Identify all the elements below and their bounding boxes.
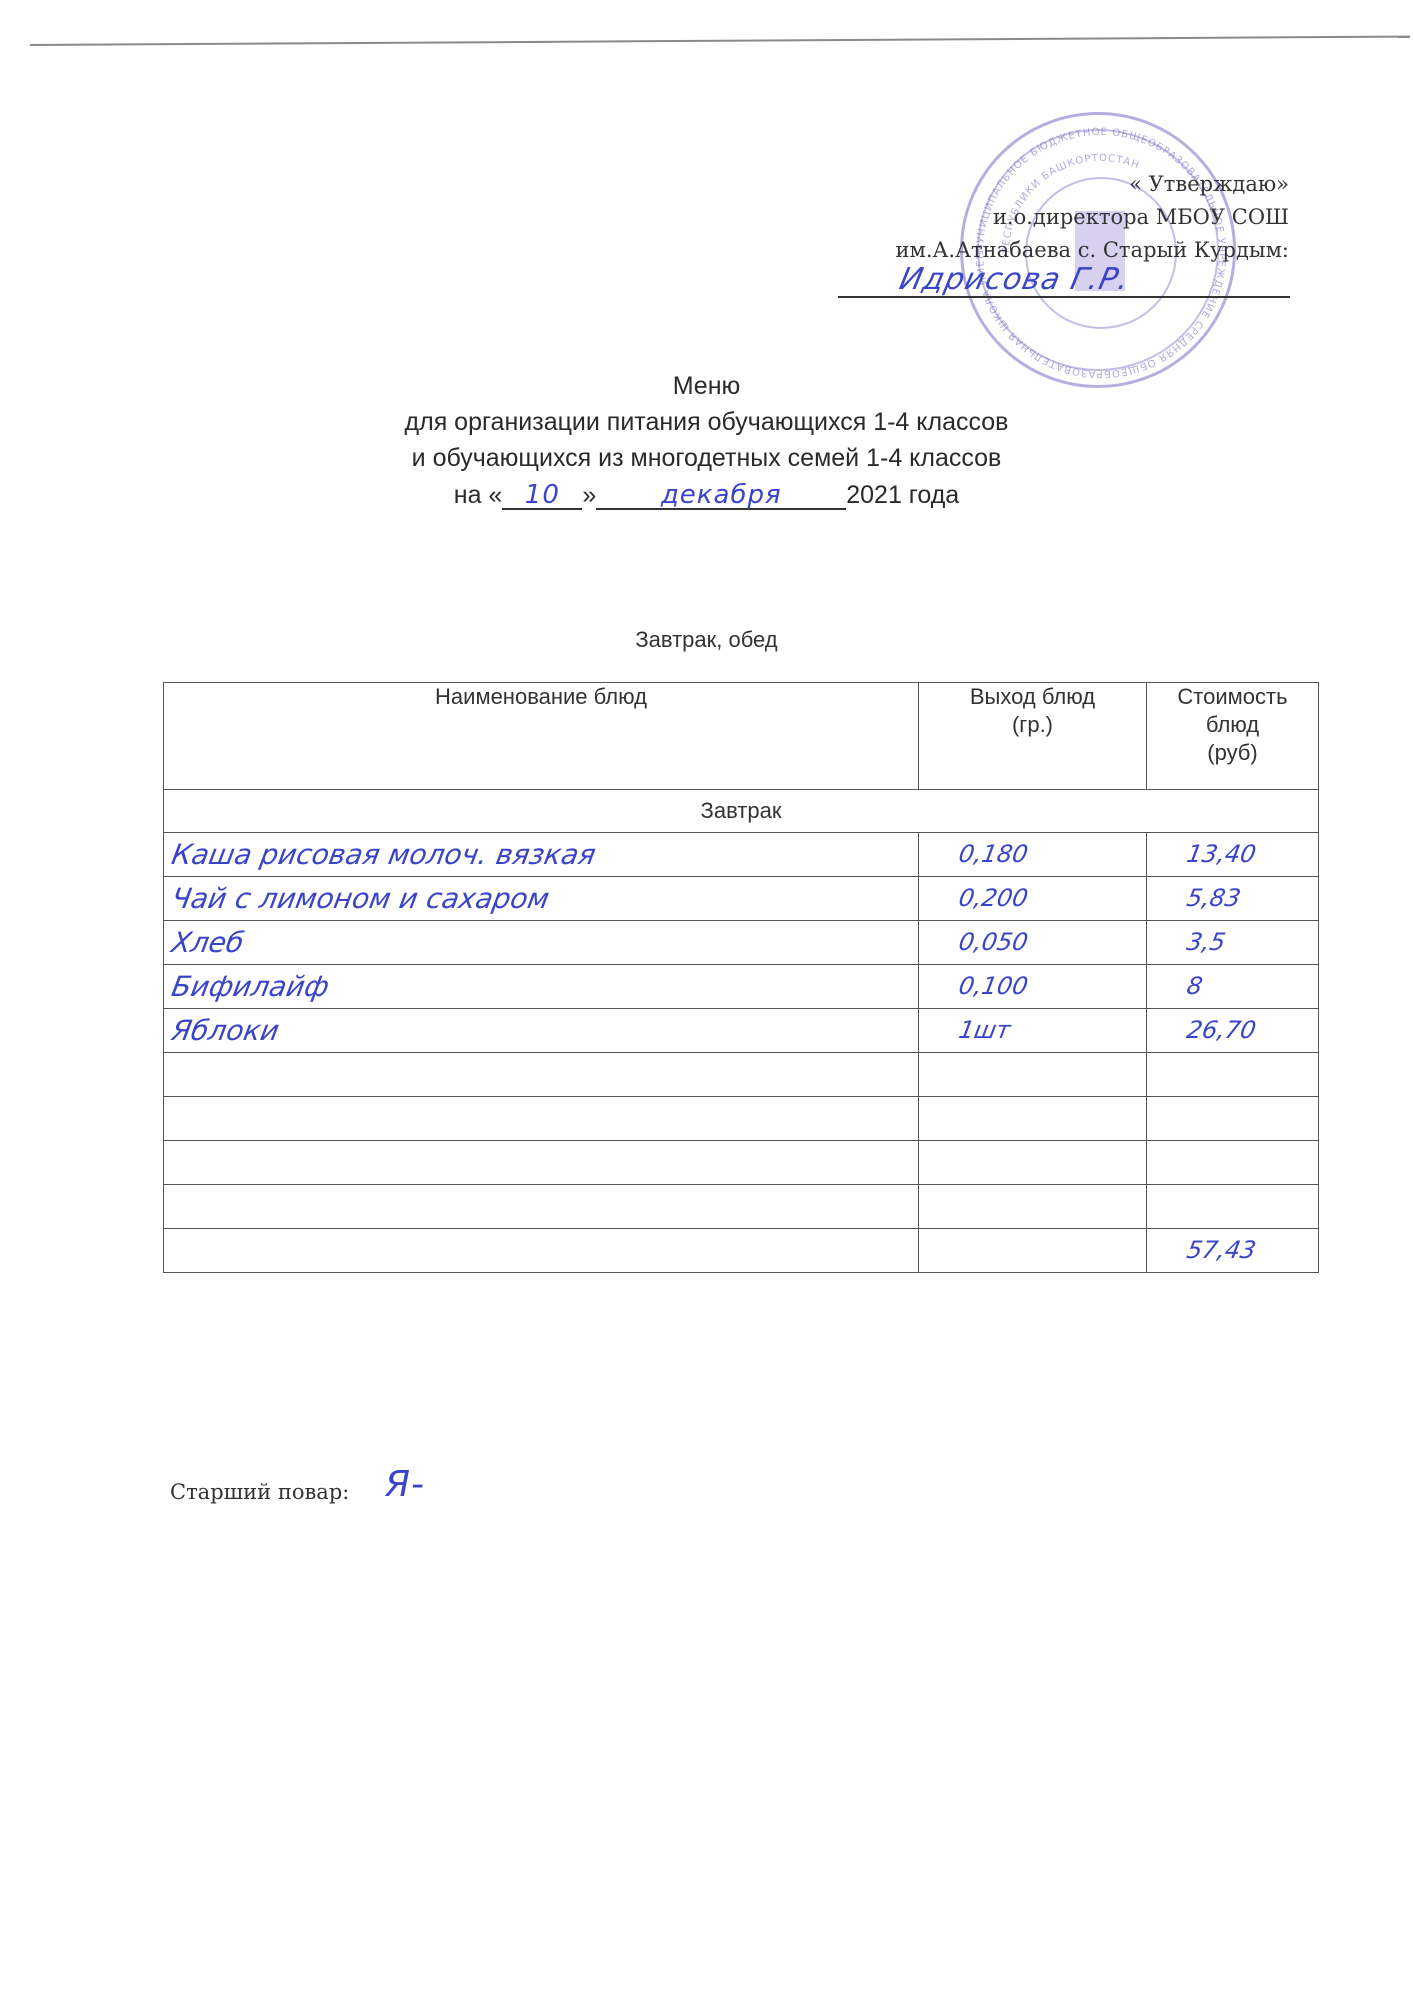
scan-edge-line [30,36,1410,46]
dish-name-cell [164,1141,919,1185]
section-row-breakfast: Завтрак [164,790,1319,833]
cost-cell: 8 [1147,965,1319,1009]
document-subtitle-line2: и обучающихся из многодетных семей 1-4 к… [0,444,1413,473]
cost-cell-text: 8 [1185,972,1205,1000]
dish-name-cell [164,1097,919,1141]
menu-rows: Каша рисовая молоч. вязкая0,18013,40Чай … [164,833,1319,1273]
cost-cell-text: 3,5 [1185,928,1228,956]
document-title: Меню [0,372,1413,401]
table-row [164,1097,1319,1141]
cook-signature: Я- [385,1464,425,1505]
approval-heading: « Утверждаю» [896,168,1289,201]
yield-cell: 0,180 [919,833,1147,877]
document-subtitle-line1: для организации питания обучающихся 1-4 … [0,408,1413,437]
cost-cell-text: 57,43 [1185,1236,1259,1264]
cost-cell-text: 26,70 [1185,1016,1259,1044]
date-month-field: декабря [596,480,846,510]
table-row: Яблоки1шт26,70 [164,1009,1319,1053]
dish-name-cell-text: Хлеб [169,926,246,959]
cost-cell: 3,5 [1147,921,1319,965]
yield-cell-text: 0,200 [957,884,1031,912]
dish-name-cell [164,1229,919,1273]
yield-cell [919,1185,1147,1229]
director-signature: Идрисова Г.Р. [896,262,1133,297]
yield-cell: 1шт [919,1009,1147,1053]
table-row: Каша рисовая молоч. вязкая0,18013,40 [164,833,1319,877]
date-day-field: 10 [502,480,582,510]
table-row: Хлеб0,0503,5 [164,921,1319,965]
cost-cell-text: 5,83 [1185,884,1243,912]
yield-cell-text: 0,100 [957,972,1031,1000]
dish-name-cell-text: Каша рисовая молоч. вязкая [169,838,598,871]
header-yield: Выход блюд (гр.) [919,683,1147,790]
header-yield-line2: (гр.) [927,711,1138,739]
header-cost-line3: (руб) [1155,739,1310,767]
yield-cell-text: 0,180 [957,840,1031,868]
table-row [164,1053,1319,1097]
yield-cell: 0,050 [919,921,1147,965]
section-label: Завтрак [164,790,1319,833]
header-yield-line1: Выход блюд [927,683,1138,711]
cook-label: Старший повар: [170,1480,349,1504]
dish-name-cell: Чай с лимоном и сахаром [164,877,919,921]
dish-name-cell: Хлеб [164,921,919,965]
dish-name-cell [164,1185,919,1229]
menu-table: Наименование блюд Выход блюд (гр.) Стоим… [163,682,1319,1273]
meals-label: Завтрак, обед [0,627,1413,653]
dish-name-cell-text: Яблоки [169,1014,282,1047]
dish-name-cell-text: Бифилайф [169,970,332,1003]
date-suffix: 2021 года [846,481,959,509]
cost-cell: 26,70 [1147,1009,1319,1053]
approval-block: « Утверждаю» и.о.директора МБОУ СОШ им.А… [896,168,1289,267]
table-row: Бифилайф0,1008 [164,965,1319,1009]
yield-cell [919,1053,1147,1097]
approval-position: и.о.директора МБОУ СОШ [896,201,1289,234]
cost-cell: 13,40 [1147,833,1319,877]
dish-name-cell: Яблоки [164,1009,919,1053]
cost-cell [1147,1053,1319,1097]
document-date: на «10»декабря2021 года [0,480,1413,510]
date-month: декабря [661,480,782,510]
cost-cell-text: 13,40 [1185,840,1259,868]
yield-cell [919,1229,1147,1273]
cost-cell [1147,1141,1319,1185]
header-cost: Стоимость блюд (руб) [1147,683,1319,790]
cost-cell: 5,83 [1147,877,1319,921]
date-day: 10 [525,480,560,510]
yield-cell: 0,100 [919,965,1147,1009]
yield-cell: 0,200 [919,877,1147,921]
cost-cell [1147,1097,1319,1141]
yield-cell [919,1141,1147,1185]
dish-name-cell: Бифилайф [164,965,919,1009]
dish-name-cell-text: Чай с лимоном и сахаром [169,882,552,915]
header-dish-name: Наименование блюд [164,683,919,790]
yield-cell-text: 0,050 [957,928,1031,956]
yield-cell [919,1097,1147,1141]
cost-cell [1147,1185,1319,1229]
dish-name-cell [164,1053,919,1097]
cost-cell: 57,43 [1147,1229,1319,1273]
dish-name-cell: Каша рисовая молоч. вязкая [164,833,919,877]
date-prefix: на « [454,481,503,509]
table-row [164,1185,1319,1229]
table-row: 57,43 [164,1229,1319,1273]
yield-cell-text: 1шт [957,1016,1013,1044]
table-row: Чай с лимоном и сахаром0,2005,83 [164,877,1319,921]
header-cost-line1: Стоимость [1155,683,1310,711]
table-header-row: Наименование блюд Выход блюд (гр.) Стоим… [164,683,1319,790]
header-cost-line2: блюд [1155,711,1310,739]
date-mid: » [582,481,596,509]
table-row [164,1141,1319,1185]
